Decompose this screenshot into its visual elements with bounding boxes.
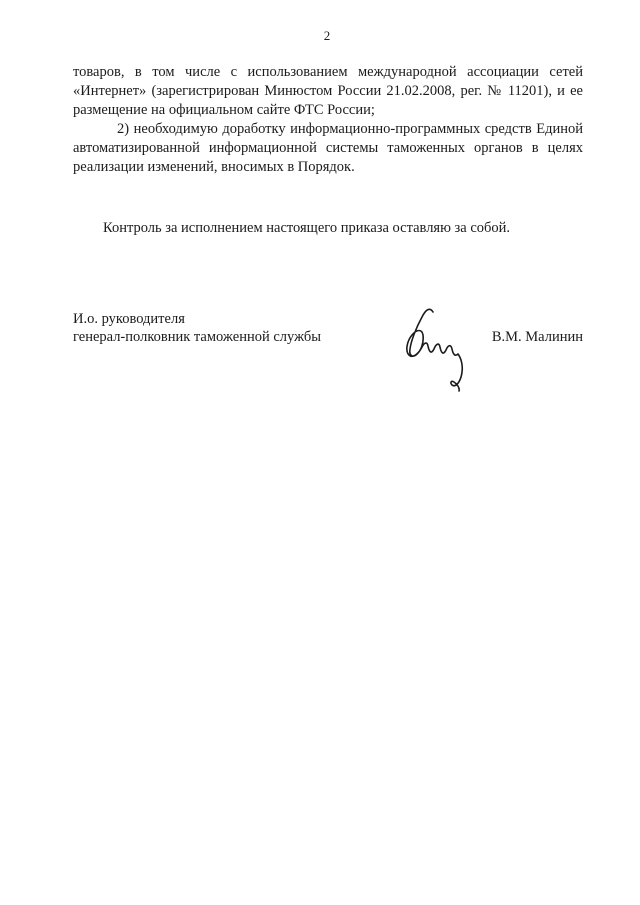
document-page: 2 товаров, в том числе с использованием …: [0, 0, 640, 905]
control-clause: Контроль за исполнением настоящего прика…: [73, 219, 583, 238]
text-line: автоматизированной информационной систем…: [73, 139, 583, 158]
text-line: реализации изменений, вносимых в Порядок…: [73, 158, 583, 177]
text-line: «Интернет» (зарегистрирован Минюстом Рос…: [73, 82, 583, 101]
signatory-position-line: И.о. руководителя: [73, 310, 403, 328]
paragraph-item-2: 2) необходимую доработку информационно-п…: [73, 120, 583, 177]
paragraph-continuation: товаров, в том числе с использованием ме…: [73, 63, 583, 120]
text-line: размещение на официальном сайте ФТС Росс…: [73, 101, 583, 120]
signatory-name: В.М. Малинин: [423, 328, 583, 346]
page-number: 2: [324, 28, 331, 43]
document-body: товаров, в том числе с использованием ме…: [73, 63, 583, 178]
handwritten-signature-icon: [400, 301, 470, 393]
signatory-position: И.о. руководителя генерал-полковник тамо…: [73, 310, 403, 347]
signatory-position-line: генерал-полковник таможенной службы: [73, 328, 403, 346]
text-line: 2) необходимую доработку информационно-п…: [73, 120, 583, 139]
text-line: товаров, в том числе с использованием ме…: [73, 63, 583, 82]
